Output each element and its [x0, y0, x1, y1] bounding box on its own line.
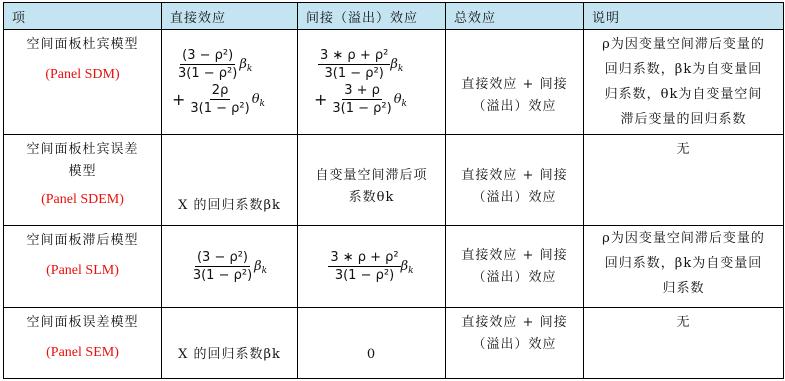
formula-fraction: (3 − ρ²)3(1 − ρ²)	[176, 47, 239, 82]
direct-effect-cell: X 的回归系数βk	[162, 135, 298, 226]
table-row-sdem: 空间面板杜宾误差 模型 (Panel SDEM) X 的回归系数βk 自变量空间…	[4, 135, 784, 226]
note-cell: 无	[584, 135, 784, 226]
note-cell: ρ为因变量空间滞后变量的 回归系数，βk为自变量回 归系数，θk为自变量空间 滞…	[584, 30, 784, 135]
direct-effect-cell: (3 − ρ²)3(1 − ρ²)βk +2ρ3(1 − ρ²)θk	[162, 30, 298, 135]
direct-effect-cell: (3 − ρ²)3(1 − ρ²)βk	[162, 226, 298, 308]
formula-fraction: 3 + ρ3(1 − ρ²)	[330, 82, 393, 117]
total-effect-cell: 直接效应 + 间接 （溢出）效应	[446, 308, 584, 379]
header-indirect: 间接（溢出）效应	[298, 3, 446, 30]
header-total: 总效应	[446, 3, 584, 30]
formula-fraction: 2ρ3(1 − ρ²)	[188, 82, 251, 117]
note-cell: ρ为因变量空间滞后变量的 回归系数，βk为自变量回 归系数	[584, 226, 784, 308]
table-row-sdm: 空间面板杜宾模型 (Panel SDM) (3 − ρ²)3(1 − ρ²)βk…	[4, 30, 784, 135]
header-note: 说明	[584, 3, 784, 30]
formula-fraction: 3 ∗ ρ + ρ²3(1 − ρ²)	[328, 249, 400, 284]
total-effect-cell: 直接效应 + 间接 （溢出）效应	[446, 226, 584, 308]
indirect-effect-cell: 0	[298, 308, 446, 379]
formula-fraction: (3 − ρ²)3(1 − ρ²)	[191, 249, 254, 284]
model-name-en: (Panel SDM)	[4, 64, 161, 86]
header-row: 项 直接效应 间接（溢出）效应 总效应 说明	[4, 3, 784, 30]
total-effect-cell: 直接效应 + 间接 （溢出）效应	[446, 30, 584, 135]
model-name-cn: 空间面板杜宾模型	[4, 34, 161, 56]
model-name-en: (Panel SDEM)	[4, 189, 161, 211]
model-name-en: (Panel SLM)	[4, 260, 161, 282]
note-cell: 无	[584, 308, 784, 379]
spatial-effects-table: 项 直接效应 间接（溢出）效应 总效应 说明 空间面板杜宾模型 (Panel S…	[3, 2, 784, 379]
header-item: 项	[4, 3, 162, 30]
formula-fraction: 3 ∗ ρ + ρ²3(1 − ρ²)	[318, 47, 390, 82]
indirect-effect-cell: 3 ∗ ρ + ρ²3(1 − ρ²)βk +3 + ρ3(1 − ρ²)θk	[298, 30, 446, 135]
header-direct: 直接效应	[162, 3, 298, 30]
model-name-cell: 空间面板滞后模型 (Panel SLM)	[4, 226, 162, 308]
indirect-effect-cell: 3 ∗ ρ + ρ²3(1 − ρ²)βk	[298, 226, 446, 308]
table-row-sem: 空间面板误差模型 (Panel SEM) X 的回归系数βk 0 直接效应 + …	[4, 308, 784, 379]
model-name-cell: 空间面板误差模型 (Panel SEM)	[4, 308, 162, 379]
model-name-cell: 空间面板杜宾误差 模型 (Panel SDEM)	[4, 135, 162, 226]
total-effect-cell: 直接效应 + 间接 （溢出）效应	[446, 135, 584, 226]
model-name-en: (Panel SEM)	[4, 342, 161, 364]
indirect-effect-cell: 自变量空间滞后项 系数θk	[298, 135, 446, 226]
model-name-cell: 空间面板杜宾模型 (Panel SDM)	[4, 30, 162, 135]
direct-effect-cell: X 的回归系数βk	[162, 308, 298, 379]
table-row-slm: 空间面板滞后模型 (Panel SLM) (3 − ρ²)3(1 − ρ²)βk…	[4, 226, 784, 308]
